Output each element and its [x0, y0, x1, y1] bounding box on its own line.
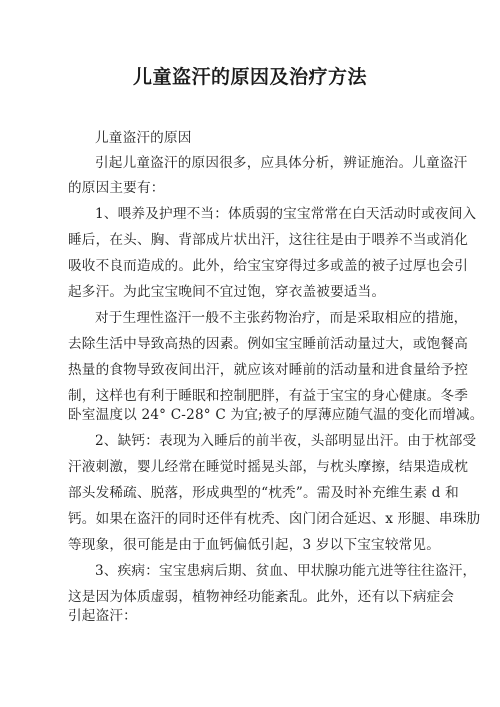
paragraph-line: 对于生理性盗汗一般不主张药物治疗，而是采取相应的措施，: [95, 309, 438, 327]
paragraph-line: 钙。如果在盗汗的同时还伴有枕秃、囟门闭合延迟、x 形腿、串珠肋: [68, 510, 438, 528]
section-heading: 儿童盗汗的原因: [95, 129, 438, 147]
document-title: 儿童盗汗的原因及治疗方法: [0, 62, 500, 89]
paragraph-line: 起多汗。为此宝宝晚间不宜过饱，穿衣盖被要适当。: [68, 283, 438, 301]
paragraph-line: 睡后，在头、胸、背部成片状出汗，这往往是由于喂养不当或消化: [68, 231, 438, 249]
paragraph-line: 热量的食物导致夜间出汗，就应该对睡前的活动量和进食量给予控: [68, 361, 438, 379]
paragraph-line: 引起盗汗：: [68, 607, 438, 625]
paragraph-line: 吸收不良而造成的。此外，给宝宝穿得过多或盖的被子过厚也会引: [68, 257, 438, 275]
document-page: 儿童盗汗的原因及治疗方法 儿童盗汗的原因 引起儿童盗汗的原因很多，应具体分析，辨…: [0, 0, 500, 707]
paragraph-line: 引起儿童盗汗的原因很多，应具体分析，辨证施治。儿童盗汗: [95, 154, 438, 172]
paragraph-line: 制，这样也有利于睡眠和控制肥胖，有益于宝宝的身心健康。冬季: [68, 387, 438, 405]
paragraph-line: 去除生活中导致高热的因素。例如宝宝睡前活动量过大，或饱餐高: [68, 335, 438, 353]
paragraph-line: 汗液刺激，婴儿经常在睡觉时摇晃头部，与枕头摩擦，结果造成枕: [68, 458, 438, 476]
paragraph-line: 1、喂养及护理不当：体质弱的宝宝常常在白天活动时或夜间入: [95, 205, 438, 223]
paragraph-line: 部头发稀疏、脱落，形成典型的“枕秃”。需及时补充维生素 d 和: [68, 484, 438, 502]
paragraph-line: 卧室温度以 24° C-28° C 为宜;被子的厚薄应随气温的变化而增减。: [68, 406, 438, 424]
paragraph-line: 等现象，很可能是由于血钙偏低引起，3 岁以下宝宝较常见。: [68, 536, 438, 554]
paragraph-line: 2、缺钙：表现为入睡后的前半夜，头部明显出汗。由于枕部受: [95, 432, 438, 450]
paragraph-line: 3、疾病：宝宝患病后期、贫血、甲状腺功能亢进等往往盗汗，: [95, 562, 438, 580]
paragraph-line: 这是因为体质虚弱，植物神经功能紊乱。此外，还有以下病症会: [68, 588, 438, 606]
paragraph-line: 的原因主要有：: [68, 179, 438, 197]
